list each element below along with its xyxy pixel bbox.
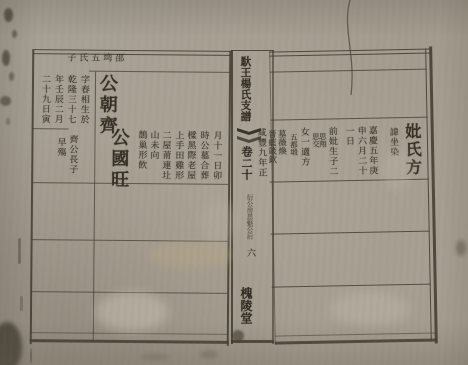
right-register-line-3 [272, 284, 431, 288]
branch-note: 衍公房思魁公后 [246, 194, 253, 244]
entry2-relation: 齊公長子 [67, 134, 76, 178]
right-register-line-1 [270, 179, 429, 183]
genealogy-title: 馱王楊氏支譜 [240, 56, 251, 126]
ancestor-name-2: 公國旺 [109, 128, 128, 192]
cell-divider [33, 128, 69, 129]
register-line-1 [32, 182, 228, 185]
right-page-bottom-border-inner [275, 332, 436, 336]
birth-col-2: 申六月二十 [356, 126, 366, 176]
edge-smudge [456, 240, 466, 256]
right-page-bottom-border [275, 338, 437, 344]
burial-col-7: 鵲巢形飲 [136, 130, 145, 172]
death-date-col: 咸豐九年正 [256, 128, 266, 178]
bottom-hair [30, 348, 32, 364]
ink-blob [0, 96, 11, 106]
entry1-detail-col-2: 乾隆三十七 [66, 74, 75, 126]
left-page-left-border [30, 49, 35, 344]
spine-top-line [231, 50, 274, 51]
left-page-bottom-border [30, 339, 229, 344]
hall-name-label: 槐陵堂 [240, 287, 252, 333]
entry2-note: 早殤 [55, 137, 64, 159]
burial-col-4: 上手田雞形 [173, 130, 182, 180]
birth-col-3: 一日 [344, 126, 353, 146]
burial-col-1: 月十一日卯 [211, 131, 220, 181]
spine-column: 馱王楊氏支譜 卷二十 衍公房思魁公后 六 槐陵堂 [231, 46, 275, 348]
entry1-detail-col-4: 二十九日寅 [40, 74, 49, 126]
bottom-smudge [140, 354, 170, 360]
hair-scratch [336, 0, 362, 100]
left-page-top-border-inner [33, 53, 230, 56]
burial-col-6: 山未向 [148, 130, 157, 164]
ink-blob [9, 72, 14, 81]
spine-bottom-line [231, 340, 274, 343]
right-register-line-2 [271, 231, 430, 235]
page-header-note: 子氏五塆邵 [67, 54, 127, 64]
ink-blob [2, 50, 10, 66]
wife-name: 妣氏方 [404, 123, 421, 179]
genealogy-book-photo: 子氏五塆邵 公朝齊 字春相生於 乾隆三十七 年壬辰二月 二十九日寅 月十一日卯 … [0, 0, 468, 365]
daughter-place: 五都塅 [290, 133, 298, 159]
son-name-2: 思交 [312, 133, 320, 151]
spine-left-line [231, 50, 233, 344]
entry1-detail-col-3: 年壬辰二月 [53, 74, 62, 126]
header-underline [89, 71, 230, 73]
daughter-note: 女一適方 [299, 127, 309, 169]
children-note: 前妣生子二 [327, 126, 337, 176]
ink-dash [18, 238, 21, 264]
column-divider [93, 72, 96, 342]
burial-note-1: 墓薇煥 [277, 129, 286, 159]
burial-note-2: 晉藍箴欽 [267, 130, 276, 168]
volume-label: 卷二十 [241, 146, 252, 186]
entry1-detail-col-1: 字春相生於 [79, 75, 88, 127]
burial-col-3: 樑黑際老屋 [185, 130, 194, 180]
register-line-2 [32, 239, 228, 242]
ink-blob [4, 8, 13, 22]
burial-col-5: 二屋莆連圵 [160, 130, 169, 180]
birth-col-1: 嘉慶五年庚 [367, 126, 377, 176]
corner-blob [0, 322, 22, 365]
left-page: 子氏五塆邵 公朝齊 字春相生於 乾隆三十七 年壬辰二月 二十九日寅 月十一日卯 … [27, 45, 234, 349]
ink-blob [6, 118, 10, 125]
register-line-3 [31, 291, 227, 294]
ink-blob [12, 30, 17, 38]
wife-taboo-name: 諱坐染 [388, 127, 398, 173]
ink-dash [20, 296, 23, 311]
left-page-top-border [33, 49, 230, 52]
bottom-smudge [200, 350, 218, 359]
left-page-bottom-border-inner [31, 332, 228, 335]
folio-page-number: 六 [245, 248, 254, 260]
right-register-line-0 [270, 117, 427, 121]
burial-col-2: 時公墓合葬 [198, 131, 207, 181]
